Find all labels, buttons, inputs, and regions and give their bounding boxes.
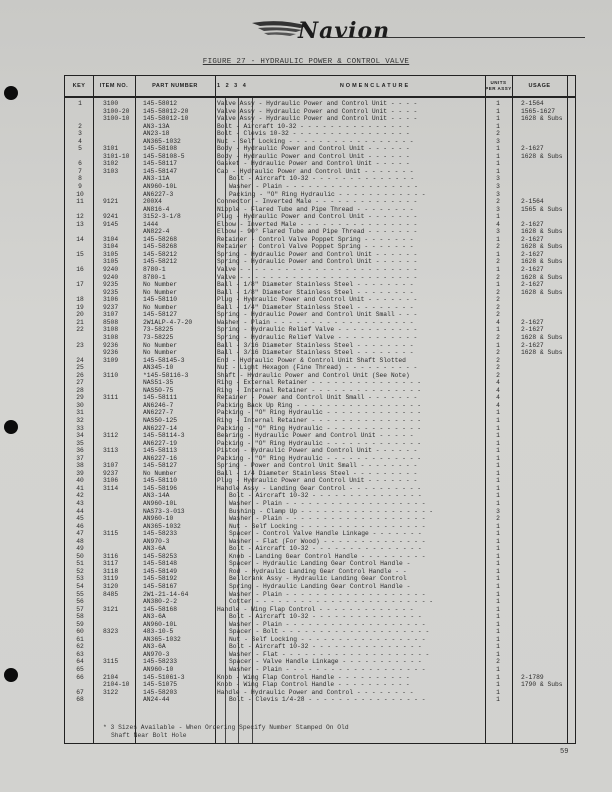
item-no-cell: 3104 <box>103 243 118 251</box>
key-cell: 27 <box>69 379 91 387</box>
usage-cell: 1565-1627 <box>521 108 555 116</box>
header-indent-levels: 1 2 3 4 <box>217 76 267 96</box>
key-cell: 61 <box>69 636 91 644</box>
key-cell: 58 <box>69 613 91 621</box>
nomenclature-cell: Spring - Hydraulic Landing Gear Control … <box>229 583 483 591</box>
units-cell: 1 <box>492 530 504 538</box>
part-number-cell: AN970-3 <box>143 538 169 546</box>
key-cell: 19 <box>69 304 91 312</box>
part-number-cell: 145-58127 <box>143 311 177 319</box>
usage-cell: 2-1627 <box>521 145 544 153</box>
table-row: 4AN365-1032Nut - Self Locking - - - - - … <box>65 138 575 146</box>
key-cell: 14 <box>69 236 91 244</box>
nomenclature-cell: Washer - Plain - - - - - - - - - - - - -… <box>217 319 483 327</box>
table-row: 32NAS50-125Ring - Internal Retainer - - … <box>65 417 575 425</box>
key-cell: 65 <box>69 666 91 674</box>
nomenclature-cell: Spring - Hydraulic Relief Valve - - - - … <box>217 326 483 334</box>
item-no-cell: 3115 <box>103 530 118 538</box>
table-row: 3101-10145-58108-5Body - Hydraulic Power… <box>65 153 575 161</box>
part-number-cell: 200X4 <box>143 198 162 206</box>
key-cell: 62 <box>69 643 91 651</box>
key-cell: 38 <box>69 462 91 470</box>
table-row: 3AN23-18Bolt - Clevis 10-32 - - - - - - … <box>65 130 575 138</box>
footnote-line-2: Shaft Near Bolt Hole <box>103 732 349 740</box>
part-number-cell: 145-58148 <box>143 560 177 568</box>
key-cell: 9 <box>69 183 91 191</box>
item-no-cell: 8508 <box>103 319 118 327</box>
units-cell: 1 <box>492 651 504 659</box>
part-number-cell: AN970-3 <box>143 651 169 659</box>
header-part-number: PART NUMBER <box>135 76 215 96</box>
part-number-cell: 145-58268 <box>143 236 177 244</box>
key-cell: 4 <box>69 138 91 146</box>
item-no-cell: 9236 <box>103 349 118 357</box>
table-row: 53101145-58108Body - Hydraulic Power and… <box>65 145 575 153</box>
table-row: 5584852W1-21-14-64Washer - Plain - - - -… <box>65 591 575 599</box>
item-no-cell: 3110 <box>103 372 118 380</box>
units-cell: 2 <box>492 364 504 372</box>
units-cell: 1 <box>492 636 504 644</box>
nomenclature-cell: Nut - Self Locking - - - - - - - - - - -… <box>229 636 483 644</box>
units-cell: 1 <box>492 591 504 599</box>
nomenclature-cell: Valve Assy - Hydraulic Power and Control… <box>217 108 483 116</box>
key-cell: 10 <box>69 191 91 199</box>
units-cell: 1 <box>492 500 504 508</box>
item-no-cell: 9237 <box>103 304 118 312</box>
part-number-cell: *145-58116-3 <box>143 372 188 380</box>
part-number-cell: 145-58149 <box>143 568 177 576</box>
usage-cell: 2-1627 <box>521 281 544 289</box>
nomenclature-cell: Bolt - Aircraft 10-32 - - - - - - - - - … <box>229 613 483 621</box>
item-no-cell: 3118 <box>103 568 118 576</box>
table-row: 58AN3-6ABolt - Aircraft 10-32 - - - - - … <box>65 613 575 621</box>
nomenclature-cell: Washer - Plain - - - - - - - - - - - - -… <box>229 515 483 523</box>
key-cell: 24 <box>69 357 91 365</box>
table-row: 3100-20145-58012-20Valve Assy - Hydrauli… <box>65 108 575 116</box>
part-number-cell: 2W1-21-14-64 <box>143 591 188 599</box>
units-cell: 2 <box>492 334 504 342</box>
key-cell: 36 <box>69 447 91 455</box>
table-row: 1292413152-3-1/8Plug - Hydraulic Power a… <box>65 213 575 221</box>
part-number-cell: 145-58108 <box>143 145 177 153</box>
units-cell: 2 <box>492 304 504 312</box>
units-cell: 1 <box>492 545 504 553</box>
part-number-cell: AN3-11A <box>143 175 169 183</box>
part-number-cell: 145-58167 <box>143 583 177 591</box>
key-cell: 21 <box>69 319 91 327</box>
table-row: 31AN6227-7Packing - "O" Ring Hydraulic -… <box>65 409 575 417</box>
part-number-cell: AN3-6A <box>143 545 166 553</box>
table-row: 473115145-58233Spacer - Control Valve Ha… <box>65 530 575 538</box>
item-no-cell: 9145 <box>103 221 118 229</box>
key-cell: 64 <box>69 658 91 666</box>
units-cell: 2 <box>492 311 504 319</box>
units-cell: 1 <box>492 417 504 425</box>
nomenclature-cell: Nut - Light Hexagon (Fine Thread) - - - … <box>217 364 483 372</box>
nomenclature-cell: Spacer - Control Valve Handle Linkage - … <box>229 530 483 538</box>
nomenclature-cell: Ball - 1/4 Diameter Stainless Steel - - … <box>217 470 483 478</box>
item-no-cell: 3106 <box>103 296 118 304</box>
units-cell: 1 <box>492 251 504 259</box>
key-cell: 51 <box>69 560 91 568</box>
part-number-cell: 145-58192 <box>143 575 177 583</box>
part-number-cell: AN3-14A <box>143 492 169 500</box>
nomenclature-cell: Piston - Hydraulic Power and Control Uni… <box>217 447 483 455</box>
table-row: 28NAS50-75Ring - Internal Retainer - - -… <box>65 387 575 395</box>
item-no-cell: 3122 <box>103 689 118 697</box>
part-number-cell: 145-58012-20 <box>143 108 188 116</box>
units-cell: 2 <box>492 258 504 266</box>
units-cell: 1 <box>492 598 504 606</box>
nomenclature-cell: Bearing - Hydraulic Power and Control Un… <box>217 432 483 440</box>
table-row: 48AN970-3Washer - Flat (For Wood) - - - … <box>65 538 575 546</box>
part-number-cell: No Number <box>143 342 177 350</box>
header-item-no: ITEM NO. <box>93 76 135 96</box>
units-cell: 1 <box>492 621 504 629</box>
nomenclature-cell: Ball - 3/16 Diameter Stainless Steel - -… <box>217 349 483 357</box>
units-cell: 1 <box>492 583 504 591</box>
units-cell: 1 <box>492 613 504 621</box>
key-cell: 56 <box>69 598 91 606</box>
nomenclature-cell: Ball - 3/16 Diameter Stainless Steel - -… <box>217 342 483 350</box>
units-cell: 4 <box>492 319 504 327</box>
nomenclature-cell: Valve - - - - - - - - - - - - - - - - - … <box>217 274 483 282</box>
table-row: 10AN6227-3Packing - "O" Ring Hydraulic -… <box>65 191 575 199</box>
nomenclature-cell: Body - Hydraulic Power and Control Unit … <box>217 145 483 153</box>
units-cell: 1 <box>492 470 504 478</box>
table-row: 33AN6227-14Packing - "O" Ring Hydraulic … <box>65 425 575 433</box>
part-number-cell: 483-10-5 <box>143 628 173 636</box>
table-row: 8AN3-11ABolt - Aircraft 10-32 - - - - - … <box>65 175 575 183</box>
key-cell: 53 <box>69 575 91 583</box>
nomenclature-cell: Washer - Flat (For Wood) - - - - - - - -… <box>229 538 483 546</box>
figure-title: FIGURE 27 - HYDRAULIC POWER & CONTROL VA… <box>0 58 612 66</box>
nomenclature-cell: Ball - 1/8" Diameter Stainless Steel - -… <box>217 289 483 297</box>
units-cell: 1 <box>492 477 504 485</box>
part-number-cell: 145-58268 <box>143 243 177 251</box>
part-number-cell: AN6227-19 <box>143 440 177 448</box>
table-row: 46AN365-1032Nut - Self Locking - - - - -… <box>65 523 575 531</box>
nomenclature-cell: Handle - Hydraulic Power and Control - -… <box>217 689 483 697</box>
units-cell: 1 <box>492 115 504 123</box>
part-number-cell: 145-58012 <box>143 100 177 108</box>
table-row: 3104145-58268Retainer - Control Valve Po… <box>65 243 575 251</box>
part-number-cell: 145-58212 <box>143 251 177 259</box>
nomenclature-cell: Spacer - Valve Handle Linkage - - - - - … <box>229 658 483 666</box>
table-row: 523118145-58149Rod - Hydraulic Landing G… <box>65 568 575 576</box>
part-number-cell: No Number <box>143 289 177 297</box>
part-number-cell: AN3-6A <box>143 643 166 651</box>
item-no-cell: 3101-10 <box>103 153 129 161</box>
nomenclature-cell: Bolt - Aircraft 10-32 - - - - - - - - - … <box>229 545 483 553</box>
nomenclature-cell: Valve Assy - Hydraulic Power and Control… <box>217 100 483 108</box>
item-no-cell: 3119 <box>103 575 118 583</box>
nomenclature-cell: Plug - Hydraulic Power and Control Unit … <box>217 296 483 304</box>
catalog-page: Navion FIGURE 27 - HYDRAULIC POWER & CON… <box>0 0 612 792</box>
part-number-cell: AN365-1032 <box>143 636 181 644</box>
key-cell: 63 <box>69 651 91 659</box>
item-no-cell: 3107 <box>103 462 118 470</box>
nomenclature-cell: Cotter - - - - - - - - - - - - - - - - -… <box>229 598 483 606</box>
part-number-cell: AN822-4 <box>143 228 169 236</box>
units-cell: 2 <box>492 130 504 138</box>
table-row: 27NAS51-35Ring - External Retainer - - -… <box>65 379 575 387</box>
nomenclature-cell: Ring - Internal Retainer - - - - - - - -… <box>217 387 483 395</box>
part-number-cell: 2W1ALP-4-7-20 <box>143 319 192 327</box>
item-no-cell: 3117 <box>103 560 118 568</box>
nomenclature-cell: Packing Back Up Ring - - - - - - - - - -… <box>217 402 483 410</box>
key-cell: 6 <box>69 160 91 168</box>
item-no-cell: 9240 <box>103 274 118 282</box>
nomenclature-cell: Packing - "O" Ring Hydraulic - - - - - -… <box>217 425 483 433</box>
key-cell: 46 <box>69 523 91 531</box>
part-number-cell: 145-58203 <box>143 689 177 697</box>
key-cell: 55 <box>69 591 91 599</box>
units-cell: 2 <box>492 296 504 304</box>
key-cell: 45 <box>69 515 91 523</box>
table-row: 399237No NumberBall - 1/4 Diameter Stain… <box>65 470 575 478</box>
part-number-cell: 145-58111 <box>143 394 177 402</box>
usage-cell: 2-1627 <box>521 319 544 327</box>
key-cell: 28 <box>69 387 91 395</box>
usage-cell: 1628 & Subs <box>521 274 563 282</box>
binder-hole <box>4 86 18 100</box>
units-cell: 1 <box>492 326 504 334</box>
item-no-cell: 3116 <box>103 553 118 561</box>
units-cell: 1 <box>492 696 504 704</box>
table-row: 42AN3-14ABolt - Aircraft 10-32 - - - - -… <box>65 492 575 500</box>
item-no-cell: 3105 <box>103 251 118 259</box>
usage-cell: 2-1564 <box>521 198 544 206</box>
key-cell: 54 <box>69 583 91 591</box>
units-cell: 3 <box>492 191 504 199</box>
table-row: 513117145-58148Spacer - Hydraulic Landin… <box>65 560 575 568</box>
key-cell: 60 <box>69 628 91 636</box>
units-cell: 1 <box>492 425 504 433</box>
table-row: 343112145-58114-3Bearing - Hydraulic Pow… <box>65 432 575 440</box>
units-cell: 2 <box>492 658 504 666</box>
key-cell: 49 <box>69 545 91 553</box>
nomenclature-cell: Bolt - Clevis 10-32 - - - - - - - - - - … <box>217 130 483 138</box>
key-cell: 47 <box>69 530 91 538</box>
table-row: 3105145-58212Spring - Hydraulic Power an… <box>65 258 575 266</box>
part-number-cell: 8780-1 <box>143 266 166 274</box>
units-cell: 1 <box>492 236 504 244</box>
key-cell: 52 <box>69 568 91 576</box>
table-row: 2104-10145-51075Knob - Wing Flap Control… <box>65 681 575 689</box>
nomenclature-cell: Spring - Hydraulic Relief Valve - - - - … <box>217 334 483 342</box>
key-cell: 32 <box>69 417 91 425</box>
key-cell: 1 <box>69 100 91 108</box>
nomenclature-cell: Packing - "O" Ring Hydraulic - - - - - -… <box>217 409 483 417</box>
table-row: 119121200X4Connector - Inverted Male - -… <box>65 198 575 206</box>
nomenclature-cell: Packing - "O" Ring Hydraulic - - - - - -… <box>229 191 483 199</box>
parts-table: KEY ITEM NO. PART NUMBER 1 2 3 4 NOMENCL… <box>64 75 576 744</box>
key-cell: 18 <box>69 296 91 304</box>
table-row: 199237No NumberBall - 1/4" Diameter Stai… <box>65 304 575 312</box>
nomenclature-cell: Rod - Hydraulic Landing Gear Control Han… <box>229 568 483 576</box>
item-no-cell: 8485 <box>103 591 118 599</box>
item-no-cell: 3103 <box>103 168 118 176</box>
usage-cell: 1628 & Subs <box>521 243 563 251</box>
part-number-cell: No Number <box>143 349 177 357</box>
nomenclature-cell: Elbow - Inverted Male - - - - - - - - - … <box>217 221 483 229</box>
header-units-per-assy: UNITS PER ASSY <box>485 76 512 96</box>
part-number-cell: 145-58110 <box>143 477 177 485</box>
nomenclature-cell: Washer - Plain - - - - - - - - - - - - -… <box>229 500 483 508</box>
item-no-cell: 9121 <box>103 198 118 206</box>
usage-cell: 2-1564 <box>521 100 544 108</box>
nomenclature-cell: Elbow - 90° Flared Tube and Pipe Thread … <box>217 228 483 236</box>
table-row: 503116145-58253Knob - Landing Gear Contr… <box>65 553 575 561</box>
nomenclature-cell: Handle Assy - Landing Gear Control - - -… <box>217 485 483 493</box>
navion-logo: Navion <box>250 18 430 44</box>
item-no-cell: 9236 <box>103 342 118 350</box>
key-cell: 26 <box>69 372 91 380</box>
part-number-cell: AN365-1032 <box>143 138 181 146</box>
nomenclature-cell: Bolt - Clevis 1/4-28 - - - - - - - - - -… <box>229 696 483 704</box>
units-cell: 1 <box>492 281 504 289</box>
nomenclature-cell: Shaft - Hydraulic Power and Control Unit… <box>217 372 483 380</box>
key-cell: 33 <box>69 425 91 433</box>
key-cell: 42 <box>69 492 91 500</box>
units-cell: 3 <box>492 138 504 146</box>
table-row: 62AN3-6ABolt - Aircraft 10-32 - - - - - … <box>65 643 575 651</box>
item-no-cell: 3100-10 <box>103 115 129 123</box>
table-row: 92408780-1Valve - - - - - - - - - - - - … <box>65 274 575 282</box>
table-row: 45AN960-10Washer - Plain - - - - - - - -… <box>65 515 575 523</box>
part-number-cell: AN6246-7 <box>143 402 173 410</box>
table-row: 13100145-58012Valve Assy - Hydraulic Pow… <box>65 100 575 108</box>
nomenclature-cell: Bolt - Aircraft 10-32 - - - - - - - - - … <box>229 492 483 500</box>
item-no-cell: 2104-10 <box>103 681 129 689</box>
key-cell: 30 <box>69 402 91 410</box>
table-row: 9AN960-10LWasher - Plain - - - - - - - -… <box>65 183 575 191</box>
nomenclature-cell: Washer - Flat - - - - - - - - - - - - - … <box>229 651 483 659</box>
brand-name: Navion <box>298 18 390 44</box>
nomenclature-cell: Spring - Hydraulic Power and Control Uni… <box>217 258 483 266</box>
key-cell: 39 <box>69 470 91 478</box>
table-row: 179235No NumberBall - 1/8" Diameter Stai… <box>65 281 575 289</box>
table-row: 73103145-58147Cap - Hydraulic Power and … <box>65 168 575 176</box>
part-number-cell: 145-58233 <box>143 658 177 666</box>
part-number-cell: AN365-1032 <box>143 523 181 531</box>
units-cell: 1 <box>492 153 504 161</box>
nomenclature-cell: Valve - - - - - - - - - - - - - - - - - … <box>217 266 483 274</box>
key-cell: 40 <box>69 477 91 485</box>
units-cell: 1 <box>492 455 504 463</box>
table-row: 263110*145-58116-3Shaft - Hydraulic Powe… <box>65 372 575 380</box>
nomenclature-cell: Washer - Plain - - - - - - - - - - - - -… <box>229 591 483 599</box>
units-cell: 1 <box>492 628 504 636</box>
units-cell: 4 <box>492 221 504 229</box>
part-number-cell: AN3-6A <box>143 613 166 621</box>
table-row: 35AN6227-19Packing - "O" Ring Hydraulic … <box>65 440 575 448</box>
item-no-cell: 3120 <box>103 583 118 591</box>
part-number-cell: 73-58225 <box>143 334 173 342</box>
table-row: AN822-4Elbow - 90° Flared Tube and Pipe … <box>65 228 575 236</box>
item-no-cell: 3114 <box>103 485 118 493</box>
table-row: 22310873-58225Spring - Hydraulic Relief … <box>65 326 575 334</box>
table-row: 203107145-58127Spring - Hydraulic Power … <box>65 311 575 319</box>
nomenclature-cell: Washer - Plain - - - - - - - - - - - - -… <box>229 183 483 191</box>
key-cell: 7 <box>69 168 91 176</box>
units-cell: 4 <box>492 387 504 395</box>
usage-cell: 1628 & Subs <box>521 228 563 236</box>
nomenclature-cell: Nipple - Flared Tube and Pipe Thread - -… <box>217 206 483 214</box>
key-cell: 8 <box>69 175 91 183</box>
table-row: 643115145-58233Spacer - Valve Handle Lin… <box>65 658 575 666</box>
item-no-cell: 3113 <box>103 447 118 455</box>
item-no-cell: 3112 <box>103 432 118 440</box>
nomenclature-cell: Spacer - Bolt - - - - - - - - - - - - - … <box>229 628 483 636</box>
nomenclature-cell: Packing - "O" Ring Hydraulic - - - - - -… <box>217 455 483 463</box>
part-number-cell: AN960-10L <box>143 500 177 508</box>
header-nomenclature: NOMENCLATURE <box>265 76 485 96</box>
part-number-cell: 145-58127 <box>143 462 177 470</box>
units-cell: 1 <box>492 560 504 568</box>
table-row: 44NAS73-3-013Bushing - Clamp Up - - - - … <box>65 508 575 516</box>
part-number-cell: AN345-10 <box>143 364 173 372</box>
nomenclature-cell: Handle - Wing Flap Control - - - - - - -… <box>217 606 483 614</box>
key-cell: 66 <box>69 674 91 682</box>
part-number-cell: AN6227-16 <box>143 455 177 463</box>
table-row: 573121145-58168Handle - Wing Flap Contro… <box>65 606 575 614</box>
item-no-cell: 3108 <box>103 334 118 342</box>
part-number-cell: 1444 <box>143 221 158 229</box>
table-row: 59AN960-10LWasher - Plain - - - - - - - … <box>65 621 575 629</box>
units-cell: 1 <box>492 666 504 674</box>
part-number-cell: AN816-4 <box>143 206 169 214</box>
nomenclature-cell: End - Hydraulic Power & Control Unit Sha… <box>217 357 483 365</box>
part-number-cell: AN23-18 <box>143 130 169 138</box>
part-number-cell: 145-58147 <box>143 168 177 176</box>
nomenclature-cell: Retainer - Power and Control Unit Small … <box>217 394 483 402</box>
part-number-cell: AN6227-14 <box>143 425 177 433</box>
item-no-cell: 3100 <box>103 100 118 108</box>
table-row: 1391451444Elbow - Inverted Male - - - - … <box>65 221 575 229</box>
table-row: 49AN3-6ABolt - Aircraft 10-32 - - - - - … <box>65 545 575 553</box>
item-no-cell: 9235 <box>103 281 118 289</box>
nomenclature-cell: Packing - "O" Ring Hydraulic - - - - - -… <box>217 440 483 448</box>
key-cell: 67 <box>69 689 91 697</box>
units-cell: 4 <box>492 394 504 402</box>
usage-cell: 2-1789 <box>521 674 544 682</box>
nomenclature-cell: Retainer - Control Valve Poppet Spring -… <box>217 236 483 244</box>
key-cell: 5 <box>69 145 91 153</box>
units-cell: 2 <box>492 198 504 206</box>
units-cell: 2 <box>492 372 504 380</box>
part-number-cell: 145-58117 <box>143 160 177 168</box>
table-row: 383107145-58127Spring - Power and Contro… <box>65 462 575 470</box>
units-cell: 1 <box>492 100 504 108</box>
key-cell: 34 <box>69 432 91 440</box>
part-number-cell: 145-58253 <box>143 553 177 561</box>
nomenclature-cell: Body - Hydraulic Power and Control Unit … <box>217 153 483 161</box>
usage-cell: 2-1627 <box>521 326 544 334</box>
part-number-cell: NAS73-3-013 <box>143 508 185 516</box>
header-divider <box>65 96 575 98</box>
table-row: 25AN345-10Nut - Light Hexagon (Fine Thre… <box>65 364 575 372</box>
part-number-cell: AN960-10 <box>143 515 173 523</box>
table-row: 63102145-58117Gasket - Hydraulic Power a… <box>65 160 575 168</box>
key-cell: 37 <box>69 455 91 463</box>
nomenclature-cell: Bolt - Aircraft 10-32 - - - - - - - - - … <box>217 123 483 131</box>
nomenclature-cell: Ball - 1/8" Diameter Stainless Steel - -… <box>217 281 483 289</box>
units-cell: 2 <box>492 515 504 523</box>
usage-cell: 2-1627 <box>521 251 544 259</box>
nomenclature-cell: Knob - Landing Gear Control Handle - - -… <box>229 553 483 561</box>
